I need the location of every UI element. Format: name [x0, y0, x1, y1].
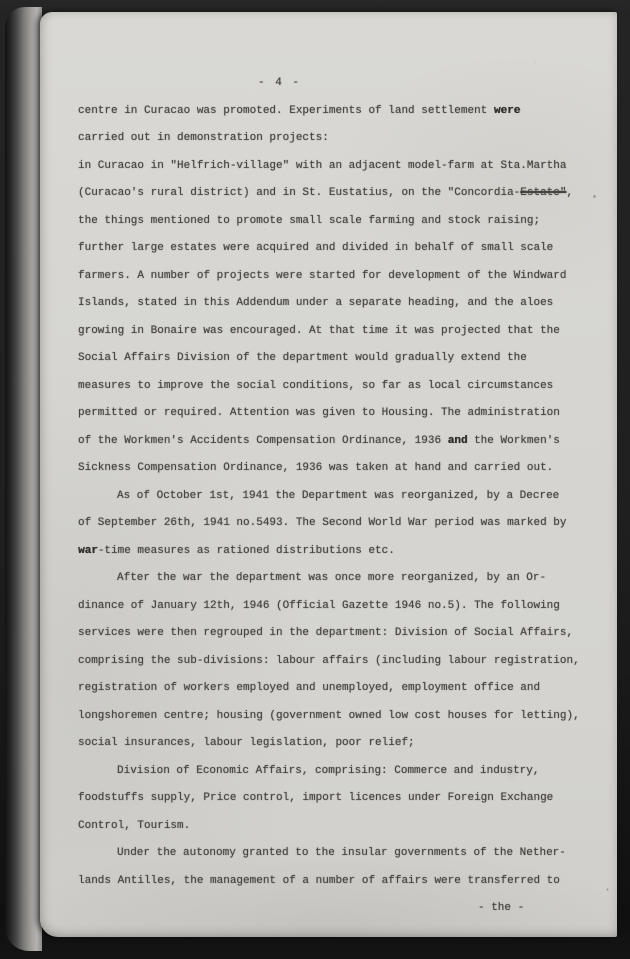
text-line: comprising the sub-divisions: labour aff… — [78, 648, 592, 676]
scan-specks — [40, 12, 43, 15]
text-segment: lands Antilles, the management of a numb… — [78, 875, 560, 887]
text-line: longshoremen centre; housing (government… — [78, 703, 592, 731]
text-segment: the Workmen's — [467, 435, 559, 447]
text-segment: dinance of January 12th, 1946 (Official … — [78, 600, 560, 612]
text-segment: Division of Economic Affairs, comprising… — [117, 765, 539, 777]
overstruck-bold-text: and — [448, 435, 468, 447]
text-line: measures to improve the social condition… — [78, 373, 592, 401]
book-binding-edge — [5, 7, 42, 951]
text-segment: longshoremen centre; housing (government… — [78, 710, 580, 722]
text-segment: growing in Bonaire was encouraged. At th… — [78, 325, 560, 337]
text-segment: measures to improve the social condition… — [78, 380, 553, 392]
text-line: social insurances, labour legislation, p… — [78, 730, 592, 758]
text-line: of September 26th, 1941 no.5493. The Sec… — [78, 510, 592, 538]
text-segment: in Curacao in "Helfrich-village" with an… — [78, 160, 566, 172]
text-segment: of September 26th, 1941 no.5493. The Sec… — [78, 517, 566, 529]
text-line: the things mentioned to promote small sc… — [78, 208, 592, 236]
text-segment: , — [567, 187, 574, 199]
text-segment: As of October 1st, 1941 the Department w… — [117, 490, 559, 502]
text-line: (Curacao's rural district) and in St. Eu… — [78, 180, 592, 208]
text-line: of the Workmen's Accidents Compensation … — [78, 428, 592, 456]
text-line: Islands, stated in this Addendum under a… — [78, 290, 592, 318]
text-segment: After the war the department was once mo… — [117, 572, 546, 584]
text-segment: social insurances, labour legislation, p… — [78, 737, 415, 749]
text-segment: foodstuffs supply, Price control, import… — [78, 792, 553, 804]
text-segment: - 4 - — [258, 77, 301, 89]
text-segment: Sickness Compensation Ordinance, 1936 wa… — [78, 462, 553, 474]
catchword: - the - — [78, 895, 592, 923]
text-line: centre in Curacao was promoted. Experime… — [78, 98, 592, 126]
scanned-document: - 4 -centre in Curacao was promoted. Exp… — [0, 0, 630, 959]
text-line: Control, Tourism. — [78, 813, 592, 841]
text-line: Sickness Compensation Ordinance, 1936 wa… — [78, 455, 592, 483]
text-line: further large estates were acquired and … — [78, 235, 592, 263]
text-segment: centre in Curacao was promoted. Experime… — [78, 105, 494, 117]
text-segment: of the Workmen's Accidents Compensation … — [78, 435, 448, 447]
overstruck-bold-text: were — [494, 105, 520, 117]
struck-text: Estate" — [520, 187, 566, 199]
text-line: war-time measures as rationed distributi… — [78, 538, 592, 566]
text-line: dinance of January 12th, 1946 (Official … — [78, 593, 592, 621]
text-line: After the war the department was once mo… — [78, 565, 592, 593]
text-line: permitted or required. Attention was giv… — [78, 400, 592, 428]
text-segment: Under the autonomy granted to the insula… — [117, 847, 566, 859]
text-line: services were then regrouped in the depa… — [78, 620, 592, 648]
text-line: carried out in demonstration projects: — [78, 125, 592, 153]
text-line: Social Affairs Division of the departmen… — [78, 345, 592, 373]
text-segment: Control, Tourism. — [78, 820, 190, 832]
text-line: lands Antilles, the management of a numb… — [78, 868, 592, 896]
text-line: in Curacao in "Helfrich-village" with an… — [78, 153, 592, 181]
text-segment: the things mentioned to promote small sc… — [78, 215, 540, 227]
text-segment: registration of workers employed and une… — [78, 682, 540, 694]
text-segment: -time measures as rationed distributions… — [98, 545, 395, 557]
text-line: As of October 1st, 1941 the Department w… — [78, 483, 592, 511]
text-segment: Social Affairs Division of the departmen… — [78, 352, 527, 364]
text-segment: Islands, stated in this Addendum under a… — [78, 297, 553, 309]
text-segment: (Curacao's rural district) and in St. Eu… — [78, 187, 520, 199]
text-segment: comprising the sub-divisions: labour aff… — [78, 655, 580, 667]
text-line: registration of workers employed and une… — [78, 675, 592, 703]
page-number: - 4 - — [78, 70, 592, 98]
page-text: - 4 -centre in Curacao was promoted. Exp… — [78, 70, 592, 923]
text-segment: farmers. A number of projects were start… — [78, 270, 566, 282]
text-line: foodstuffs supply, Price control, import… — [78, 785, 592, 813]
text-segment: - the - — [478, 902, 524, 914]
text-segment: services were then regrouped in the depa… — [78, 627, 573, 639]
document-page: - 4 -centre in Curacao was promoted. Exp… — [40, 12, 617, 937]
text-segment: further large estates were acquired and … — [78, 242, 553, 254]
text-line: growing in Bonaire was encouraged. At th… — [78, 318, 592, 346]
text-line: farmers. A number of projects were start… — [78, 263, 592, 291]
text-segment: permitted or required. Attention was giv… — [78, 407, 560, 419]
text-segment: carried out in demonstration projects: — [78, 132, 329, 144]
text-line: Under the autonomy granted to the insula… — [78, 840, 592, 868]
text-line: Division of Economic Affairs, comprising… — [78, 758, 592, 786]
overstruck-bold-text: war — [78, 545, 98, 557]
